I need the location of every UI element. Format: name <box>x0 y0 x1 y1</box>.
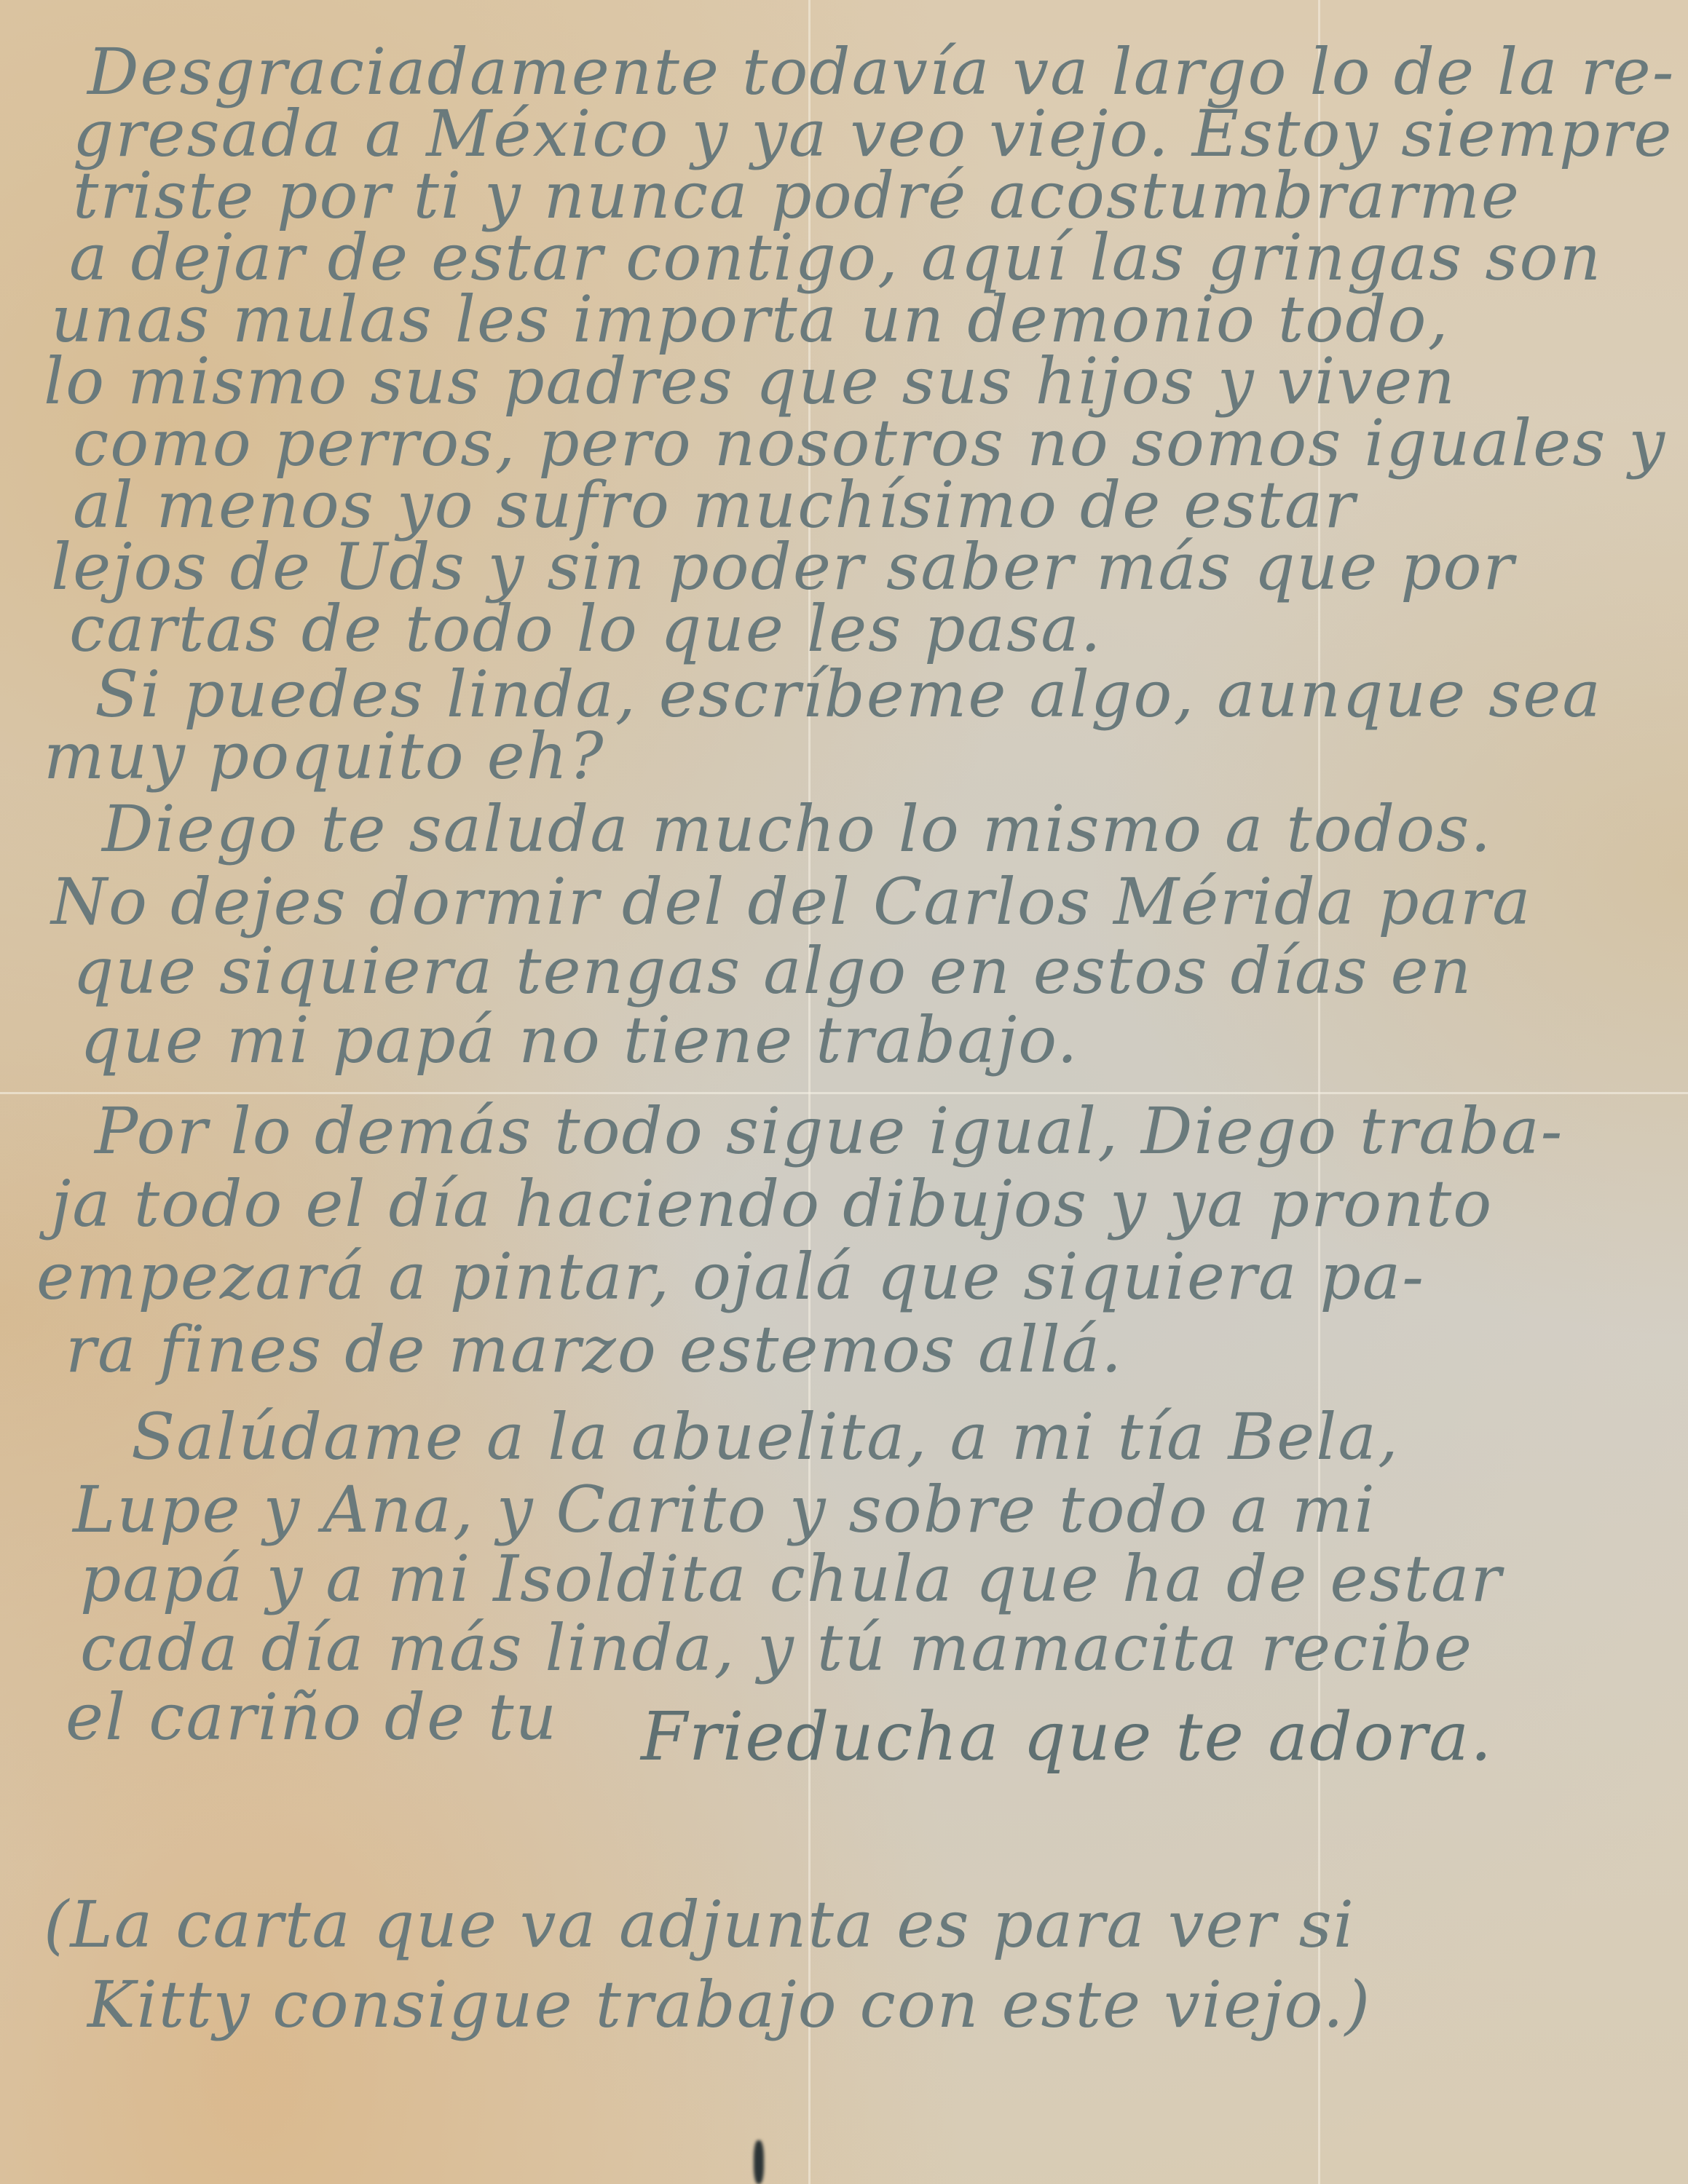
letter-line: al menos yo sufro muchísimo de estar <box>73 473 1356 537</box>
letter-line: unas mulas les importa un demonio todo, <box>51 288 1450 352</box>
letter-line: ja todo el día haciendo dibujos y ya pro… <box>51 1172 1493 1236</box>
letter-line: lejos de Uds y sin poder saber más que p… <box>51 535 1515 599</box>
letter-line: lo mismo sus padres que sus hijos y vive… <box>44 349 1456 414</box>
letter-line: como perros, pero nosotros no somos igua… <box>73 411 1666 475</box>
letter-line: No dejes dormir del del Carlos Mérida pa… <box>51 870 1532 934</box>
letter-line: cartas de todo lo que les pasa. <box>69 597 1103 661</box>
ink-stain <box>754 2140 764 2184</box>
letter-line: Diego te saluda mucho lo mismo a todos. <box>102 797 1492 861</box>
letter-line: Por lo demás todo sigue igual, Diego tra… <box>95 1099 1563 1163</box>
letter-line: Desgraciadamente todavía va largo lo de … <box>87 40 1675 104</box>
letter-line: a dejar de estar contigo, aquí las gring… <box>69 226 1602 290</box>
postscript-line: (La carta que va adjunta es para ver si <box>44 1893 1355 1957</box>
letter-line: que siquiera tengas algo en estos días e… <box>73 939 1472 1003</box>
letter-line: Si puedes linda, escríbeme algo, aunque … <box>95 662 1602 727</box>
signature: Frieducha que te adora. <box>641 1704 1493 1770</box>
letter-line: ra fines de marzo estemos allá. <box>66 1318 1123 1382</box>
letter-line: papá y a mi Isoldita chula que ha de est… <box>80 1547 1502 1611</box>
letter-line: Lupe y Ana, y Carito y sobre todo a mi <box>73 1478 1376 1542</box>
letter-line: muy poquito eh? <box>44 724 605 788</box>
letter-line: gresada a México y ya veo viejo. Estoy s… <box>73 102 1673 166</box>
letter-line: triste por ti y nunca podré acostumbrarm… <box>73 164 1521 228</box>
letter-line: empezará a pintar, ojalá que siquiera pa… <box>36 1245 1425 1309</box>
letter-line: Salúdame a la abuelita, a mi tía Bela, <box>131 1405 1400 1469</box>
letter-line: que mi papá no tiene trabajo. <box>80 1008 1079 1072</box>
letter-line: cada día más linda, y tú mamacita recibe <box>80 1616 1473 1680</box>
letter-page: Desgraciadamente todavía va largo lo de … <box>0 0 1688 2184</box>
letter-line: el cariño de tu <box>66 1685 558 1749</box>
postscript-line: Kitty consigue trabajo con este viejo.) <box>87 1973 1371 2037</box>
